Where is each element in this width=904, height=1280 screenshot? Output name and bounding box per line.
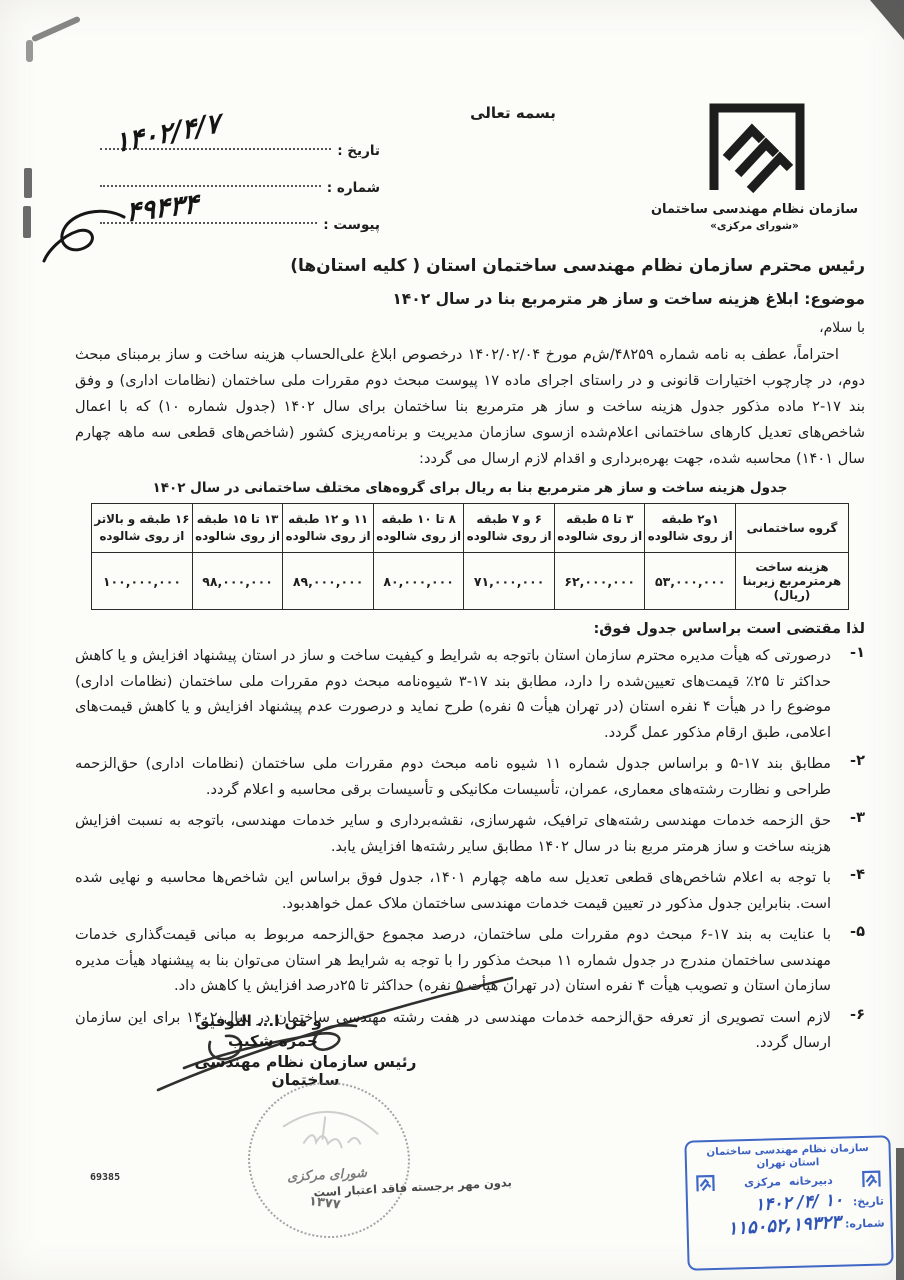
bismillah-text: بسمه تعالی	[428, 104, 598, 122]
construction-cost-table: گروه ساختمانی ۱و۲ طبقه از روی شالوده ۳ ت…	[91, 503, 849, 610]
stamp-org-name: سازمان نظام مهندسی ساختمان استان تهران	[692, 1142, 883, 1173]
number-dotted-line	[100, 184, 321, 187]
cost-value: ۵۳,۰۰۰,۰۰۰	[645, 553, 736, 610]
scanned-letter-page: بسمه تعالی تاریخ : ۱۴۰۲/۴/۷ شماره : ۴۹۴۳…	[0, 0, 904, 1280]
signature-tagline: و من ا... التوفیق	[158, 1012, 453, 1030]
list-item-number: ۳-	[831, 808, 865, 859]
column-floors: ۱۱ و ۱۲ طبقه	[285, 511, 371, 528]
column-header: ۱۳ تا ۱۵ طبقه از روی شالوده	[192, 504, 283, 553]
secretariat-receipt-stamp: سازمان نظام مهندسی ساختمان استان تهران د…	[684, 1135, 893, 1270]
numbered-list: ۱- درصورتی که هیأت مدیره محترم سازمان اس…	[75, 643, 865, 1056]
stamp-number-line: شماره: ۱۱۵۰۵۲,۱۹۳۲۳	[694, 1213, 884, 1239]
table-header-row: گروه ساختمانی ۱و۲ طبقه از روی شالوده ۳ ت…	[92, 504, 849, 553]
column-base: از روی شالوده	[94, 528, 190, 545]
stamp-date-line: تاریخ: ۱۴۰۲ /۴/ ۱۰	[694, 1191, 884, 1216]
column-header: ۸ تا ۱۰ طبقه از روی شالوده	[373, 504, 464, 553]
column-header: ۱و۲ طبقه از روی شالوده	[645, 504, 736, 553]
date-row: تاریخ : ۱۴۰۲/۴/۷	[100, 132, 380, 169]
list-item-number: ۴-	[831, 865, 865, 916]
list-item-text: درصورتی که هیأت مدیره محترم سازمان استان…	[75, 643, 831, 745]
organization-logo-block: سازمان نظام مهندسی ساختمان «شورای مرکزی»	[642, 100, 867, 232]
column-base: از روی شالوده	[466, 528, 552, 545]
list-item-text: با عنایت به بند ۱۷-۶ مبحث دوم مقررات ملی…	[75, 922, 831, 999]
letter-body-block: رئیس محترم سازمان نظام مهندسی ساختمان اس…	[75, 256, 865, 1056]
table-caption: جدول هزینه ساخت و ساز هر مترمربع بنا به …	[75, 480, 865, 496]
list-item-number: ۱-	[831, 643, 865, 745]
organization-subtitle: «شورای مرکزی»	[642, 220, 867, 232]
attachment-label: پیوست :	[323, 217, 380, 233]
list-item: ۱- درصورتی که هیأت مدیره محترم سازمان اس…	[75, 643, 865, 745]
recipient-title: رئیس محترم سازمان نظام مهندسی ساختمان اس…	[75, 256, 865, 276]
signature-block: و من ا... التوفیق حمزه شکیب رئیس سازمان …	[158, 1012, 453, 1089]
column-base: از روی شالوده	[195, 528, 281, 545]
date-label: تاریخ :	[337, 143, 380, 159]
mini-logo-icon	[859, 1169, 884, 1190]
list-item-number: ۶-	[831, 1005, 865, 1056]
column-header: ۱۶ طبقه و بالاتر از روی شالوده	[92, 504, 193, 553]
subject-text: ابلاغ هزینه ساخت و ساز هر مترمربع بنا در…	[392, 290, 798, 308]
stamp-number-label: شماره:	[845, 1217, 885, 1231]
cost-value: ۸۹,۰۰۰,۰۰۰	[283, 553, 374, 610]
scan-artifact-left-edge-mark-2	[23, 206, 31, 238]
scan-artifact-top-left-mark	[31, 16, 81, 43]
subject-label: موضوع:	[804, 290, 865, 308]
stamp-office-row: دبیرخانه مرکزی	[693, 1169, 883, 1194]
table-value-row: هزینه ساخت هرمترمربع زیربنا (ریال) ۵۳,۰۰…	[92, 553, 849, 610]
subject-line: موضوع: ابلاغ هزینه ساخت و ساز هر مترمربع…	[75, 290, 865, 308]
list-item: ۵- با عنایت به بند ۱۷-۶ مبحث دوم مقررات …	[75, 922, 865, 999]
body-paragraph: احتراماً، عطف به نامه شماره ۴۸۲۵۹/ش‌م مو…	[75, 342, 865, 472]
cost-value: ۸۰,۰۰۰,۰۰۰	[373, 553, 464, 610]
round-council-stamp: شورای مرکزی ۱۳۷۷	[239, 1073, 419, 1248]
number-label: شماره :	[327, 180, 380, 196]
attachment-row: پیوست :	[100, 206, 380, 243]
cost-value: ۷۱,۰۰۰,۰۰۰	[464, 553, 555, 610]
list-item-number: ۲-	[831, 751, 865, 802]
row-header-cost: هزینه ساخت هرمترمربع زیربنا (ریال)	[736, 553, 849, 610]
column-header: ۱۱ و ۱۲ طبقه از روی شالوده	[283, 504, 374, 553]
column-base: از روی شالوده	[557, 528, 643, 545]
handwritten-date: ۱۴۰۲/۴/۷	[114, 108, 221, 159]
scan-artifact-left-edge-mark	[24, 168, 32, 198]
stamp-scribbles	[242, 1075, 413, 1241]
letterhead-fields: تاریخ : ۱۴۰۲/۴/۷ شماره : ۴۹۴۳۴ پیوست :	[100, 132, 380, 243]
list-item-number: ۵-	[831, 922, 865, 999]
scan-artifact-top-right-corner	[870, 0, 904, 40]
column-base: از روی شالوده	[647, 528, 733, 545]
table-intro-line: لذا مقتضی است براساس جدول فوق:	[75, 620, 865, 637]
column-floors: ۸ تا ۱۰ طبقه	[376, 511, 462, 528]
mini-logo-icon	[693, 1173, 718, 1194]
cost-value: ۹۸,۰۰۰,۰۰۰	[192, 553, 283, 610]
list-item: ۴- با توجه به اعلام شاخص‌های قطعی تعدیل …	[75, 865, 865, 916]
scan-artifact-right-edge-strip	[896, 1148, 904, 1280]
list-item-text: با توجه به اعلام شاخص‌های قطعی تعدیل سه …	[75, 865, 831, 916]
column-floors: ۳ تا ۵ طبقه	[557, 511, 643, 528]
form-print-code: 69385	[90, 1172, 120, 1183]
salutation: با سلام،	[75, 320, 865, 336]
signer-name: حمزه شکیب	[158, 1032, 453, 1050]
table-corner-header: گروه ساختمانی	[736, 504, 849, 553]
scan-artifact-top-left-mark-2	[26, 40, 33, 62]
column-floors: ۱و۲ طبقه	[647, 511, 733, 528]
stamp-date-label: تاریخ:	[853, 1194, 884, 1208]
column-header: ۶ و ۷ طبقه از روی شالوده	[464, 504, 555, 553]
list-item: ۲- مطابق بند ۱۷-۵ و براساس جدول شماره ۱۱…	[75, 751, 865, 802]
organization-name: سازمان نظام مهندسی ساختمان	[642, 202, 867, 217]
column-header: ۳ تا ۵ طبقه از روی شالوده	[554, 504, 645, 553]
number-row: شماره : ۴۹۴۳۴	[100, 169, 380, 206]
list-item-text: مطابق بند ۱۷-۵ و براساس جدول شماره ۱۱ شی…	[75, 751, 831, 802]
organization-logo-icon	[696, 100, 814, 196]
column-floors: ۶ و ۷ طبقه	[466, 511, 552, 528]
attachment-dotted-line	[100, 221, 317, 224]
cost-value: ۱۰۰,۰۰۰,۰۰۰	[92, 553, 193, 610]
stamp-office-name: دبیرخانه مرکزی	[744, 1173, 833, 1188]
column-base: از روی شالوده	[285, 528, 371, 545]
cost-value: ۶۲,۰۰۰,۰۰۰	[554, 553, 645, 610]
column-base: از روی شالوده	[376, 528, 462, 545]
list-item: ۳- حق الزحمه خدمات مهندسی رشته‌های ترافی…	[75, 808, 865, 859]
stamp-handwritten-number: ۱۱۵۰۵۲,۱۹۳۲۳	[727, 1212, 841, 1240]
list-item-text: حق الزحمه خدمات مهندسی رشته‌های ترافیک، …	[75, 808, 831, 859]
column-floors: ۱۶ طبقه و بالاتر	[94, 511, 190, 528]
column-floors: ۱۳ تا ۱۵ طبقه	[195, 511, 281, 528]
